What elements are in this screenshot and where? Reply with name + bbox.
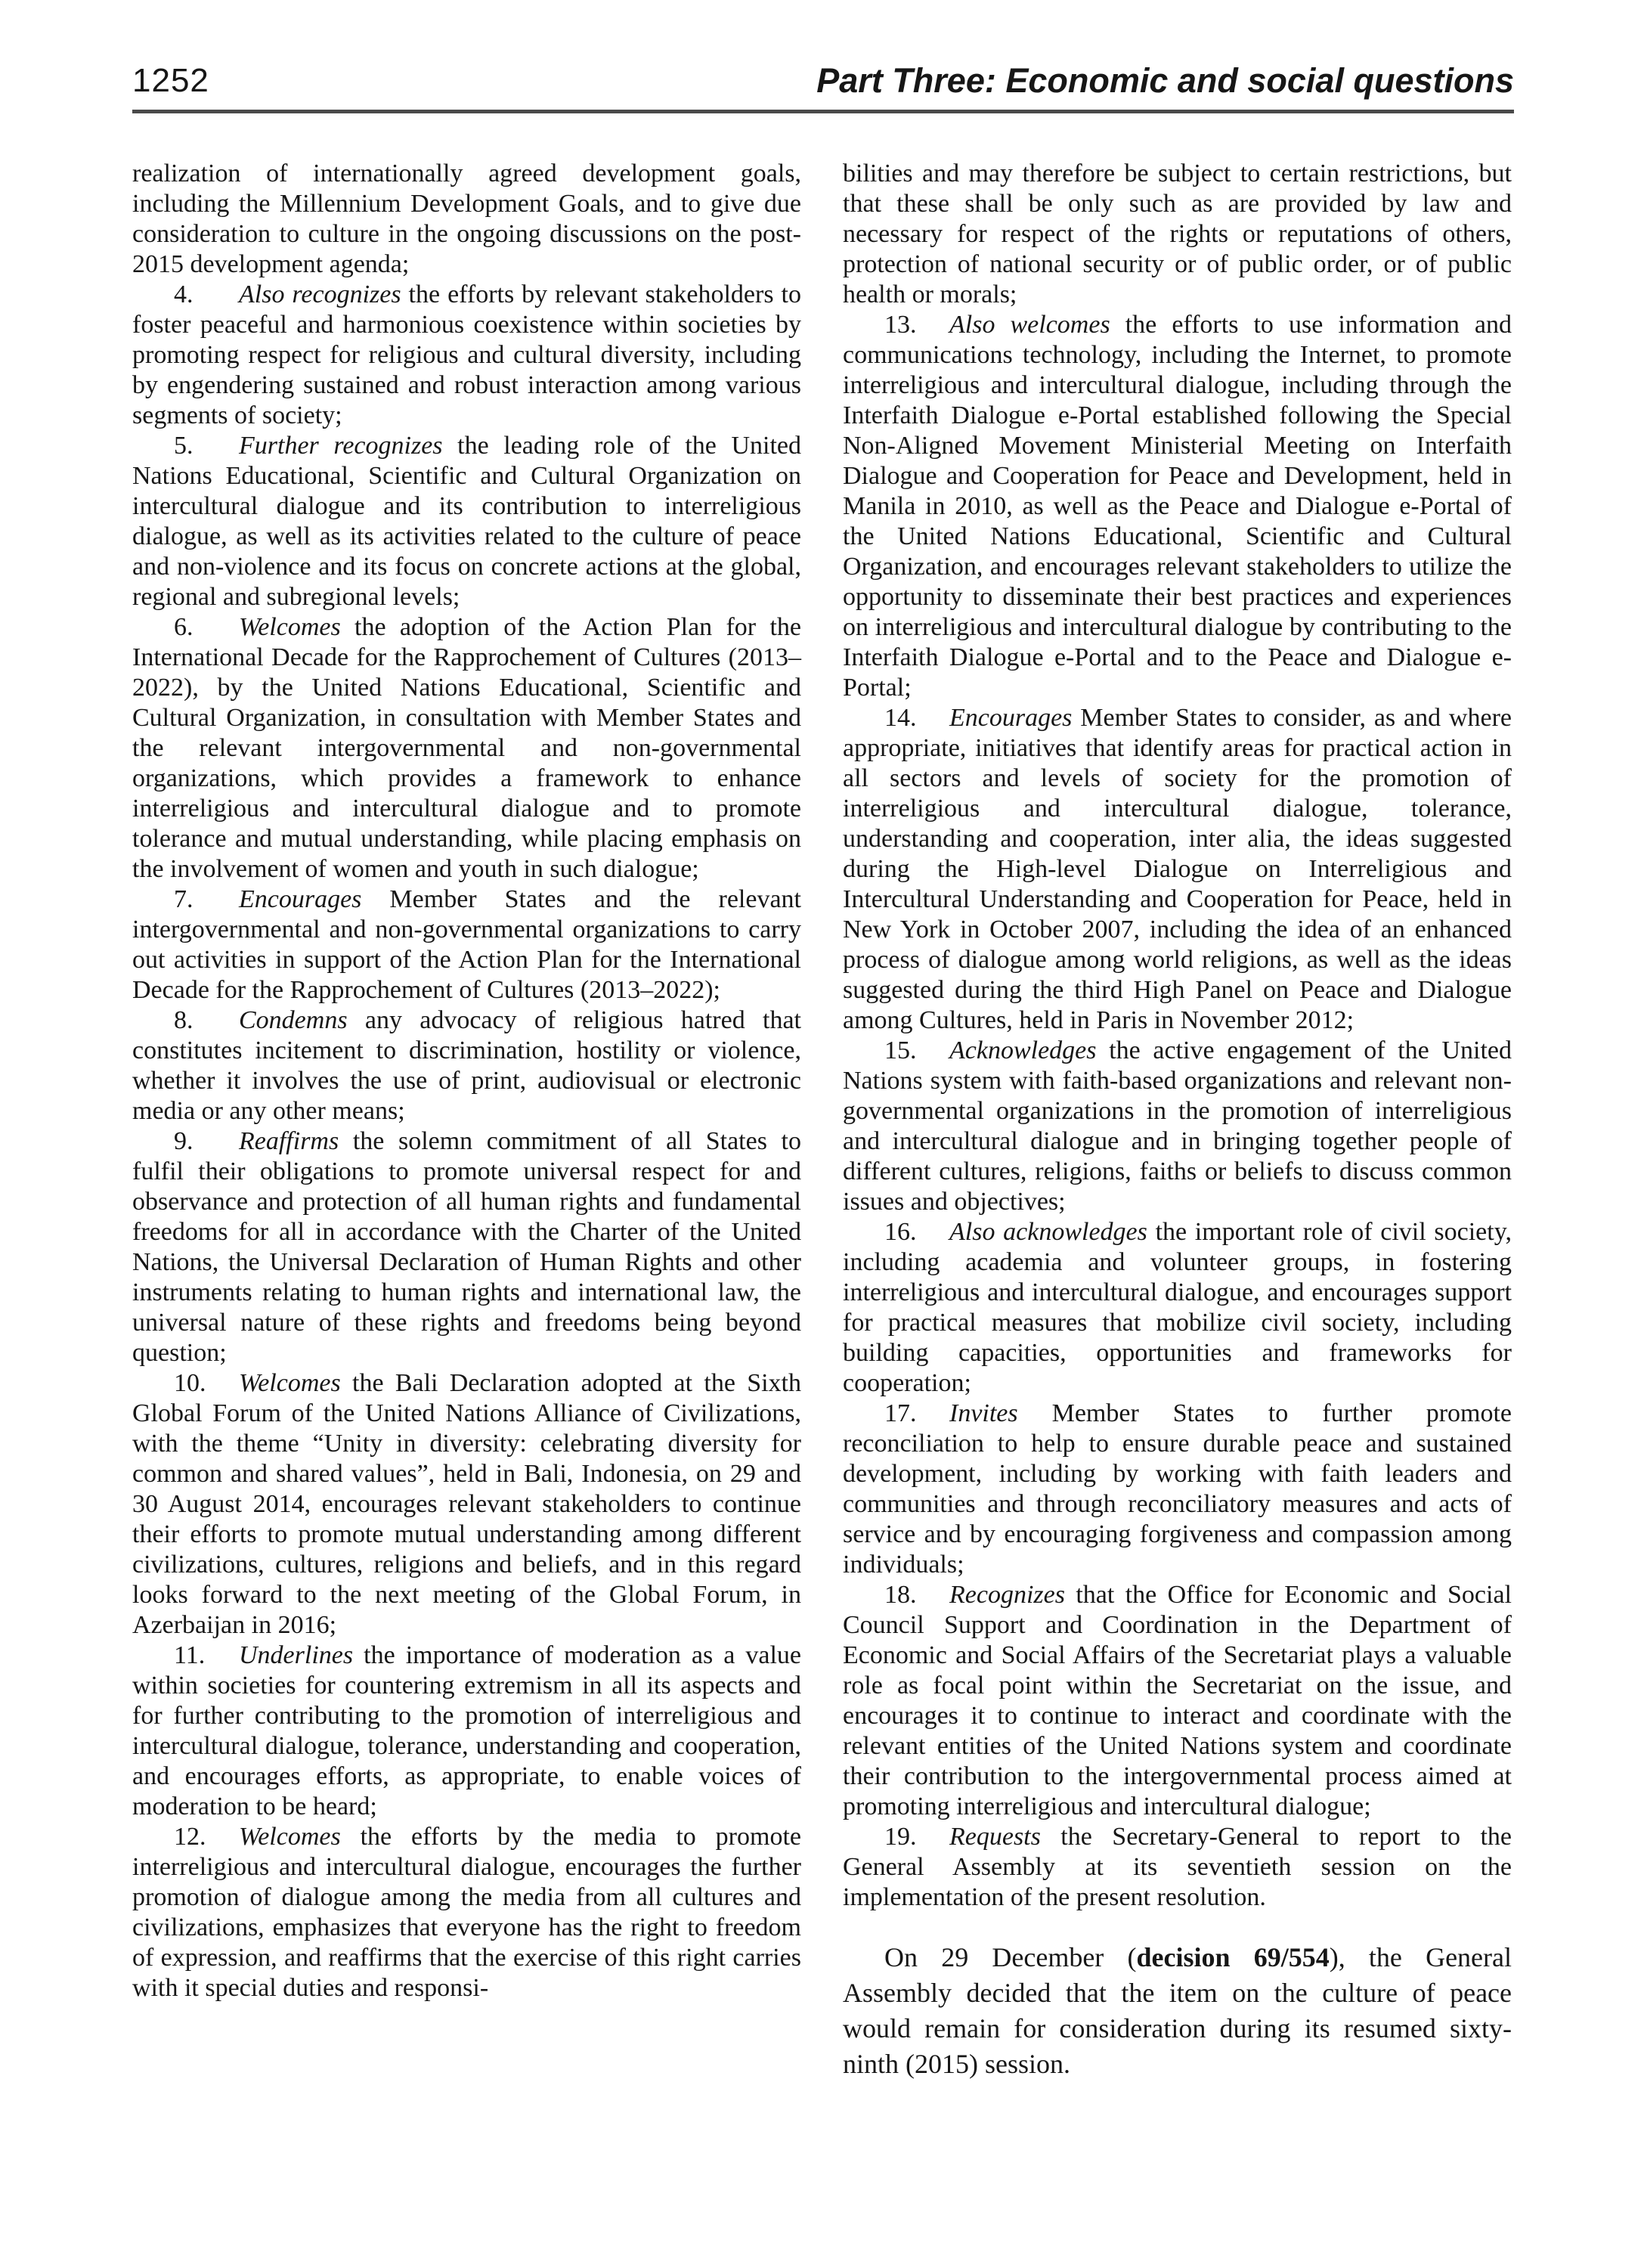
resolution-paragraph: 6.Welcomes the adoption of the Action Pl… xyxy=(132,612,801,885)
document-page: 1252 Part Three: Economic and social que… xyxy=(0,0,1644,2268)
paragraph-number: 18. xyxy=(884,1580,949,1610)
continuation-paragraph: realization of internationally agreed de… xyxy=(132,159,801,280)
paragraph-lead-verb: Acknowledges xyxy=(949,1036,1097,1064)
left-column: realization of internationally agreed de… xyxy=(132,159,801,2082)
continuation-paragraph: bilities and may therefore be subject to… xyxy=(843,159,1512,310)
resolution-paragraph: 8.Condemns any advocacy of religious hat… xyxy=(132,1005,801,1126)
paragraph-lead-verb: Encourages xyxy=(239,885,361,913)
paragraph-text: Member States to consider, as and where … xyxy=(843,704,1512,1034)
paragraph-lead-verb: Further recognizes xyxy=(239,432,443,460)
paragraph-number: 12. xyxy=(174,1822,239,1852)
resolution-paragraph: 10.Welcomes the Bali Declaration adopted… xyxy=(132,1368,801,1641)
resolution-paragraph: 13.Also welcomes the efforts to use info… xyxy=(843,310,1512,703)
paragraph-lead-verb: Condemns xyxy=(239,1006,348,1034)
paragraph-number: 13. xyxy=(884,310,949,340)
paragraph-lead-verb: Also welcomes xyxy=(949,311,1110,339)
resolution-paragraph: 19.Requests the Secretary-General to rep… xyxy=(843,1822,1512,1913)
resolution-paragraph: 14.Encourages Member States to consider,… xyxy=(843,703,1512,1036)
paragraph-lead-verb: Encourages xyxy=(949,704,1072,732)
paragraph-lead-verb: Underlines xyxy=(239,1641,353,1669)
paragraph-text: the efforts to use information and commu… xyxy=(843,311,1512,702)
resolution-paragraph: 12.Welcomes the efforts by the media to … xyxy=(132,1822,801,2003)
right-column: bilities and may therefore be subject to… xyxy=(843,159,1512,2082)
paragraph-number: 6. xyxy=(174,612,239,643)
paragraph-number: 16. xyxy=(884,1217,949,1247)
paragraph-lead-verb: Reaffirms xyxy=(239,1127,339,1155)
right-paragraph-list: 13.Also welcomes the efforts to use info… xyxy=(843,310,1512,1913)
page-header: 1252 Part Three: Economic and social que… xyxy=(0,0,1644,98)
resolution-paragraph: 17.Invites Member States to further prom… xyxy=(843,1399,1512,1580)
paragraph-number: 14. xyxy=(884,703,949,733)
paragraph-number: 19. xyxy=(884,1822,949,1852)
paragraph-number: 8. xyxy=(174,1005,239,1036)
paragraph-number: 9. xyxy=(174,1126,239,1157)
paragraph-number: 15. xyxy=(884,1036,949,1066)
paragraph-text: the Bali Declaration adopted at the Sixt… xyxy=(132,1369,801,1639)
paragraph-lead-verb: Welcomes xyxy=(239,1369,341,1397)
resolution-paragraph: 16.Also acknowledges the important role … xyxy=(843,1217,1512,1399)
resolution-paragraph: 7.Encourages Member States and the relev… xyxy=(132,885,801,1005)
paragraph-lead-verb: Also acknowledges xyxy=(949,1218,1147,1246)
paragraph-lead-verb: Also recognizes xyxy=(239,280,401,308)
paragraph-number: 17. xyxy=(884,1399,949,1429)
paragraph-lead-verb: Recognizes xyxy=(949,1581,1065,1609)
paragraph-text: the solemn commitment of all States to f… xyxy=(132,1127,801,1367)
resolution-paragraph: 18.Recognizes that the Office for Econom… xyxy=(843,1580,1512,1822)
paragraph-text: that the Office for Economic and Social … xyxy=(843,1581,1512,1820)
paragraph-lead-verb: Welcomes xyxy=(239,1823,341,1851)
page-body: realization of internationally agreed de… xyxy=(0,113,1644,2082)
decision-number: decision 69/554 xyxy=(1136,1942,1329,1972)
paragraph-lead-verb: Welcomes xyxy=(239,613,341,641)
resolution-paragraph: 15.Acknowledges the active engagement of… xyxy=(843,1036,1512,1217)
left-paragraph-list: 4.Also recognizes the efforts by relevan… xyxy=(132,280,801,2003)
resolution-paragraph: 5.Further recognizes the leading role of… xyxy=(132,431,801,612)
paragraph-number: 10. xyxy=(174,1368,239,1399)
paragraph-number: 7. xyxy=(174,885,239,915)
paragraph-lead-verb: Invites xyxy=(949,1399,1018,1427)
resolution-paragraph: 4.Also recognizes the efforts by relevan… xyxy=(132,280,801,431)
page-number: 1252 xyxy=(132,64,209,98)
decision-text-before: On 29 December ( xyxy=(884,1942,1136,1972)
resolution-paragraph: 9.Reaffirms the solemn commitment of all… xyxy=(132,1126,801,1368)
paragraph-text: the adoption of the Action Plan for the … xyxy=(132,613,801,883)
paragraph-number: 5. xyxy=(174,431,239,461)
paragraph-number: 11. xyxy=(174,1641,239,1671)
resolution-paragraph: 11.Underlines the importance of moderati… xyxy=(132,1641,801,1822)
paragraph-lead-verb: Requests xyxy=(949,1823,1041,1851)
decision-paragraph: On 29 December (decision 69/554), the Ge… xyxy=(843,1940,1512,2082)
running-title: Part Three: Economic and social question… xyxy=(816,64,1514,98)
paragraph-number: 4. xyxy=(174,280,239,310)
